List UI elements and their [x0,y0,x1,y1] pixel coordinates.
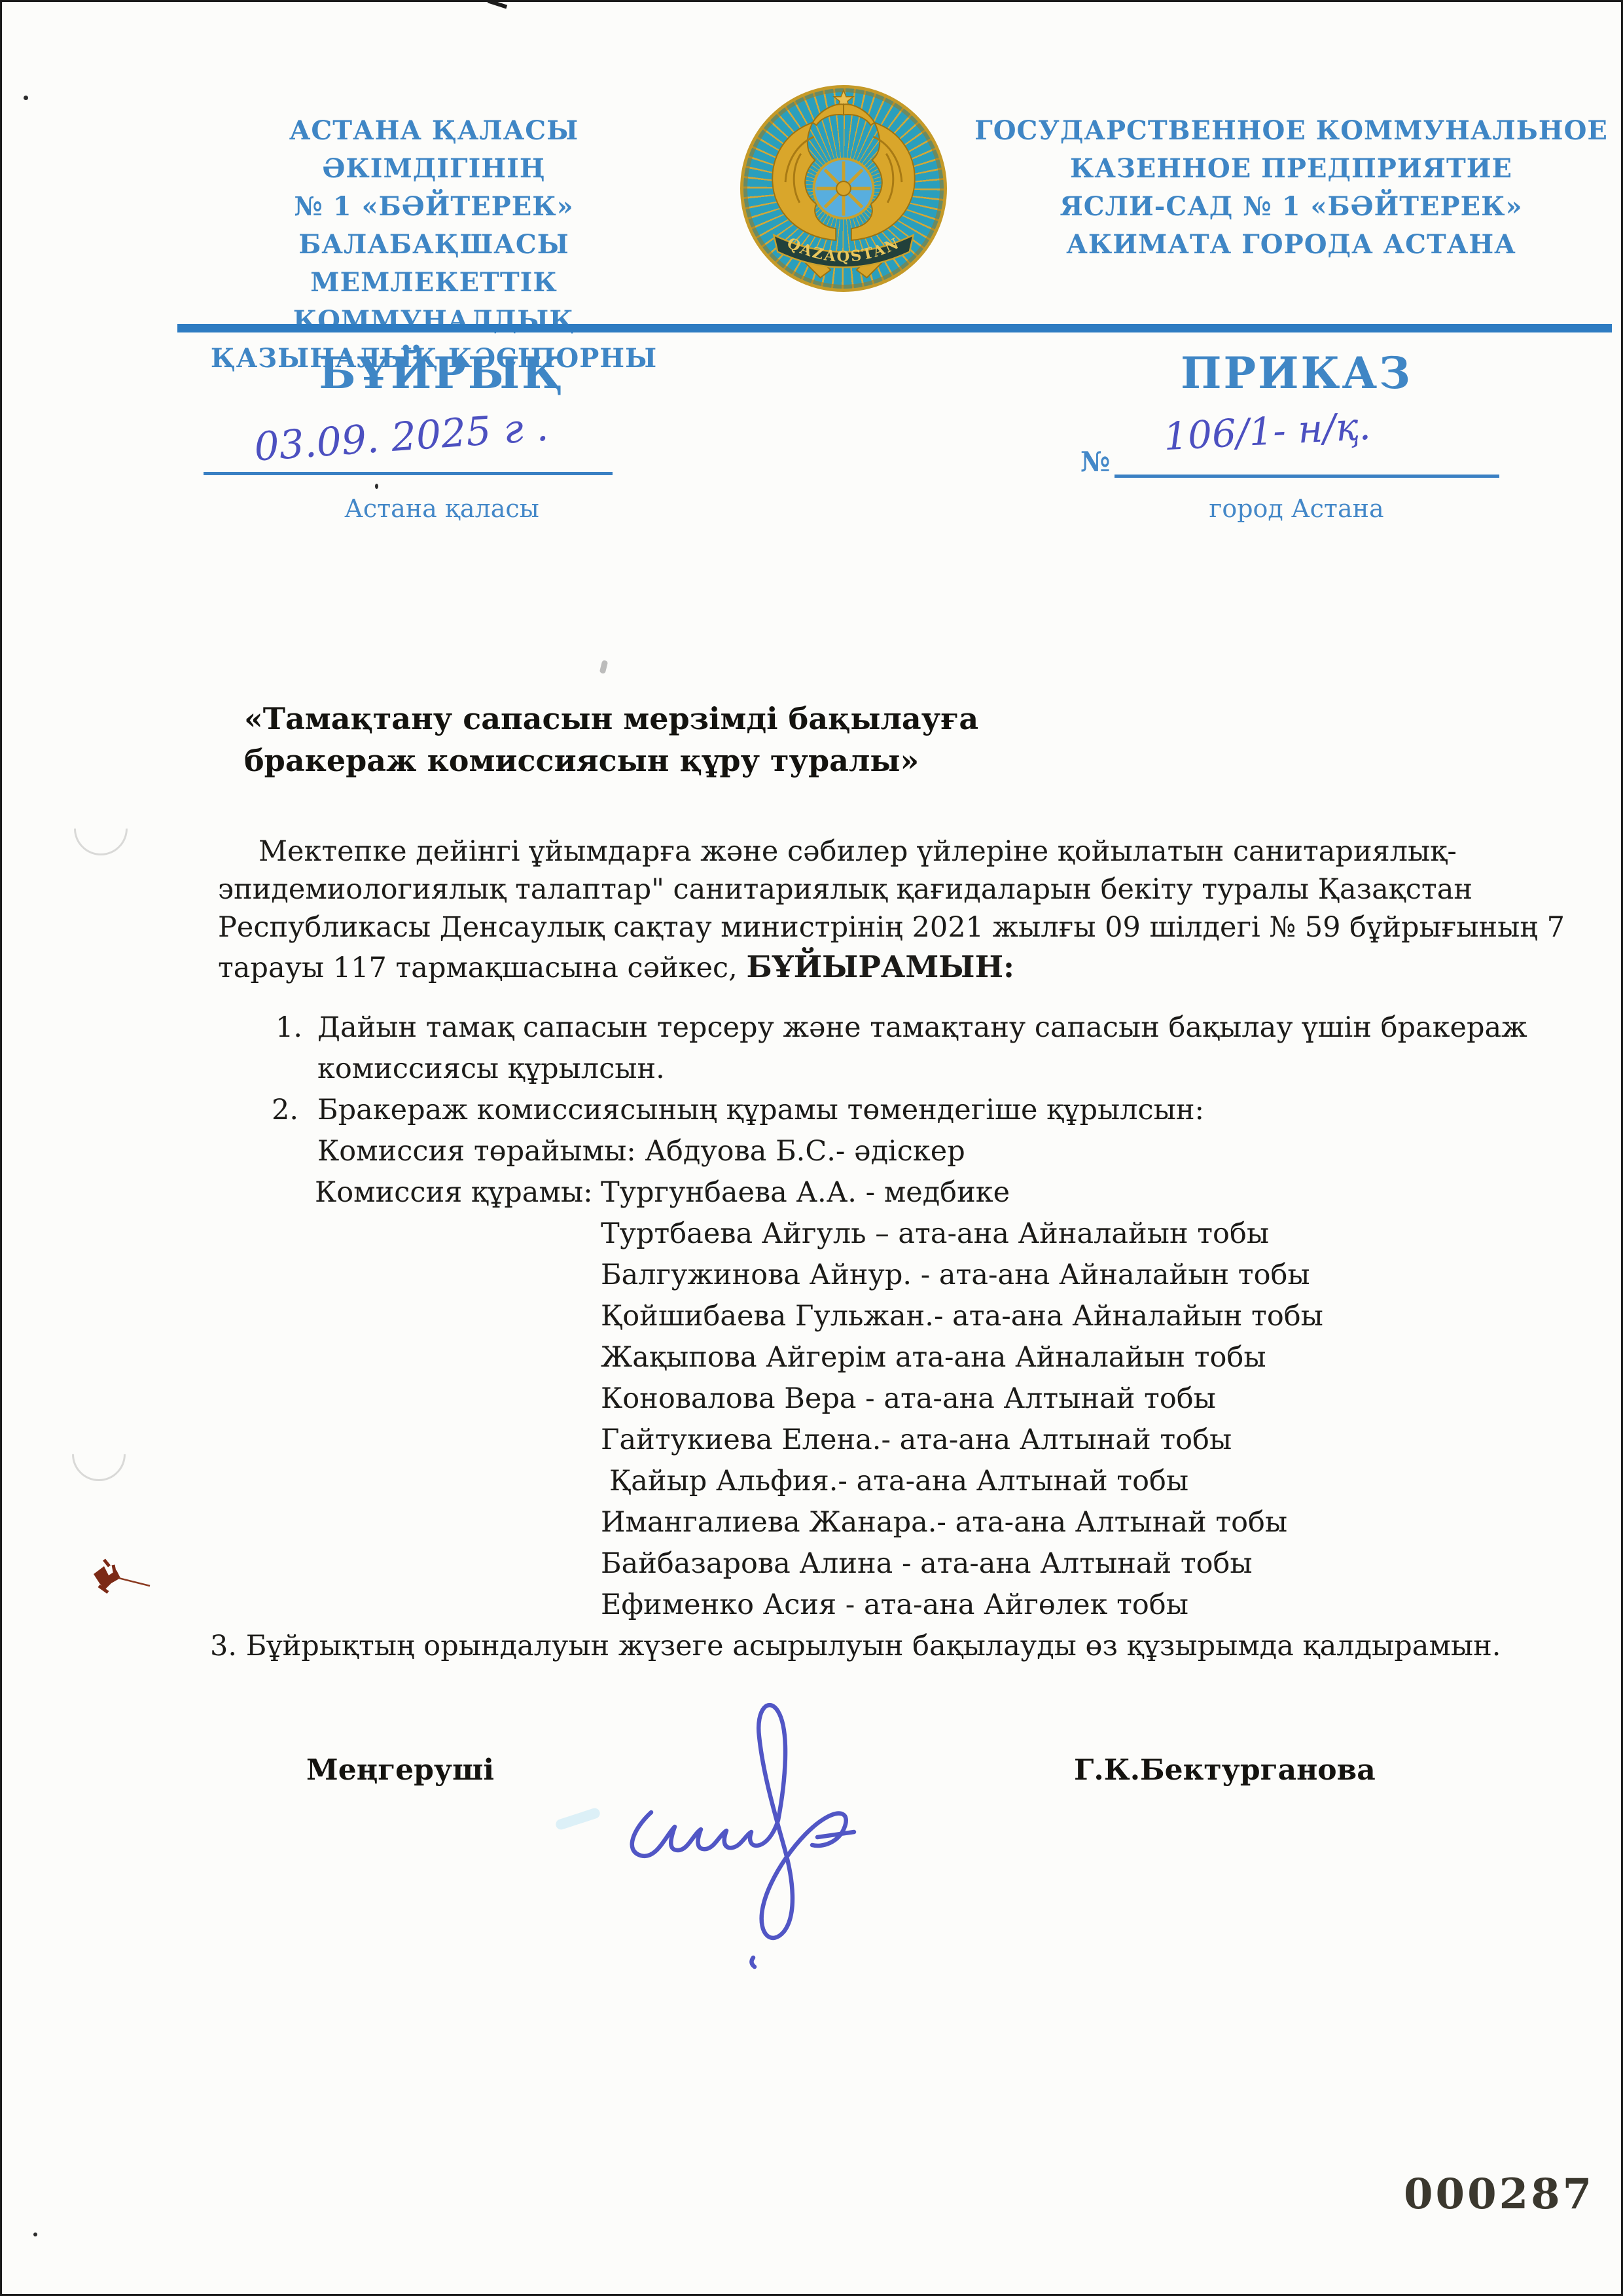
order-title-russian: ПРИКАЗ [1166,348,1427,399]
preamble-line-3: Республикасы Денсаулық сақтау министріні… [218,911,1565,944]
commission-member: Жақыпова Айгерім ата-ана Айналайын тобы [601,1341,1266,1374]
org-name-ru-line2: КАЗЕННОЕ ПРЕДПРИЯТИЕ [964,150,1618,188]
scan-artifact [554,1807,601,1831]
commission-chair-label: Комиссия төрайымы: [317,1135,636,1168]
org-name-kk-line2: № 1 «БӘЙТЕРЕК» БАЛАБАҚШАСЫ [185,188,683,264]
commission-member: Қайыр Альфия.- ата-ана Алтынай тобы [609,1465,1188,1498]
handwritten-signature [604,1675,905,1982]
signer-position-title: Меңгеруші [306,1753,494,1787]
commission-member: Балгужинова Айнур. - ата-ана Айналайын т… [601,1259,1310,1291]
handwritten-date: 03.09. 2025 г . [253,404,550,470]
place-russian: город Астана [1166,494,1427,523]
scan-artifact [24,96,28,100]
handwritten-order-number: 106/1- н/қ. [1162,404,1372,459]
preamble-line-4: тарауы 117 тармақшасына сәйкес, БҰЙЫРАМЫ… [218,949,1014,984]
scan-artifact [33,2233,37,2236]
scan-artifact [488,0,507,9]
number-underline [1115,475,1499,478]
commission-chair-value: Абдуова Б.С.- әдіскер [645,1135,965,1168]
org-name-ru-line3: ЯСЛИ-САД № 1 «БӘЙТЕРЕК» [964,188,1618,226]
subject-line-1: «Тамақтану сапасын мерзімді бақылауға [244,701,978,736]
item1-line2: комиссиясы құрылсын. [317,1052,665,1085]
commission-member: Коновалова Вера - ата-ана Алтынай тобы [601,1382,1216,1415]
ink-blot-artifact [84,1552,156,1604]
date-underline [204,472,613,475]
org-name-kk-line1: АСТАНА ҚАЛАСЫ ӘКІМДІГІНІҢ [185,112,683,188]
hole-punch-shadow [63,791,139,867]
preamble-line-1: Мектепке дейінгі ұйымдарға және сәбилер … [259,835,1457,868]
commission-member: Имангалиева Жанара.- ата-ана Алтынай тоб… [601,1506,1287,1539]
preamble-resolve-word: БҰЙЫРАМЫН: [746,949,1014,984]
subject-line-2: бракераж комиссиясын құру туралы» [244,743,919,778]
commission-members-label: Комиссия құрамы: [315,1176,593,1209]
signer-name: Г.К.Бектурганова [1074,1753,1376,1787]
commission-member: Ефименко Асия - ата-ана Айгөлек тобы [601,1588,1188,1621]
page-stamp-number: 000287 [1404,2170,1594,2219]
org-name-russian: ГОСУДАРСТВЕННОЕ КОММУНАЛЬНОЕ КАЗЕННОЕ ПР… [964,112,1618,264]
place-kazakh: Астана қаласы [311,494,573,523]
commission-member: Қойшибаева Гульжан.- ата-ана Айналайын т… [601,1300,1323,1333]
item2-text: Бракераж комиссиясының құрамы төмендегіш… [317,1094,1204,1126]
item1-number: 1. [276,1011,302,1044]
commission-member: Байбазарова Алина - ата-ана Алтынай тобы [601,1547,1253,1580]
org-name-ru-line4: АКИМАТА ГОРОДА АСТАНА [964,226,1618,264]
commission-chair-line: Комиссия төрайымы: Абдуова Б.С.- әдіскер [317,1135,965,1168]
number-sign: № [1080,446,1111,478]
item1-line1: Дайын тамақ сапасын терсеру және тамақта… [317,1011,1527,1044]
hole-punch-shadow [61,1416,137,1492]
preamble-line-2: эпидемиологиялық талаптар" санитариялық … [218,873,1472,906]
scan-artifact [375,484,378,489]
item2-number: 2. [272,1094,298,1126]
org-name-ru-line1: ГОСУДАРСТВЕННОЕ КОММУНАЛЬНОЕ [964,112,1618,150]
header-divider-rule [177,324,1612,332]
commission-member: Гайтукиева Елена.- ата-ана Алтынай тобы [601,1424,1232,1456]
order-title-kazakh: БҰЙРЫҚ [311,348,573,399]
kazakhstan-emblem-icon: QAZAQSTAN [740,85,947,292]
scanned-order-document: АСТАНА ҚАЛАСЫ ӘКІМДІГІНІҢ № 1 «БӘЙТЕРЕК»… [0,0,1623,2296]
scan-artifact [599,660,609,674]
commission-member: Тургунбаева А.А. - медбике [601,1176,1010,1209]
preamble-line-4-text: тарауы 117 тармақшасына сәйкес, [218,952,746,984]
org-name-kazakh: АСТАНА ҚАЛАСЫ ӘКІМДІГІНІҢ № 1 «БӘЙТЕРЕК»… [185,112,683,378]
commission-member: Туртбаева Айгуль – ата-ана Айналайын тоб… [601,1217,1269,1250]
item3-text: 3. Бұйрықтың орындалуын жүзеге асырылуын… [210,1630,1501,1662]
